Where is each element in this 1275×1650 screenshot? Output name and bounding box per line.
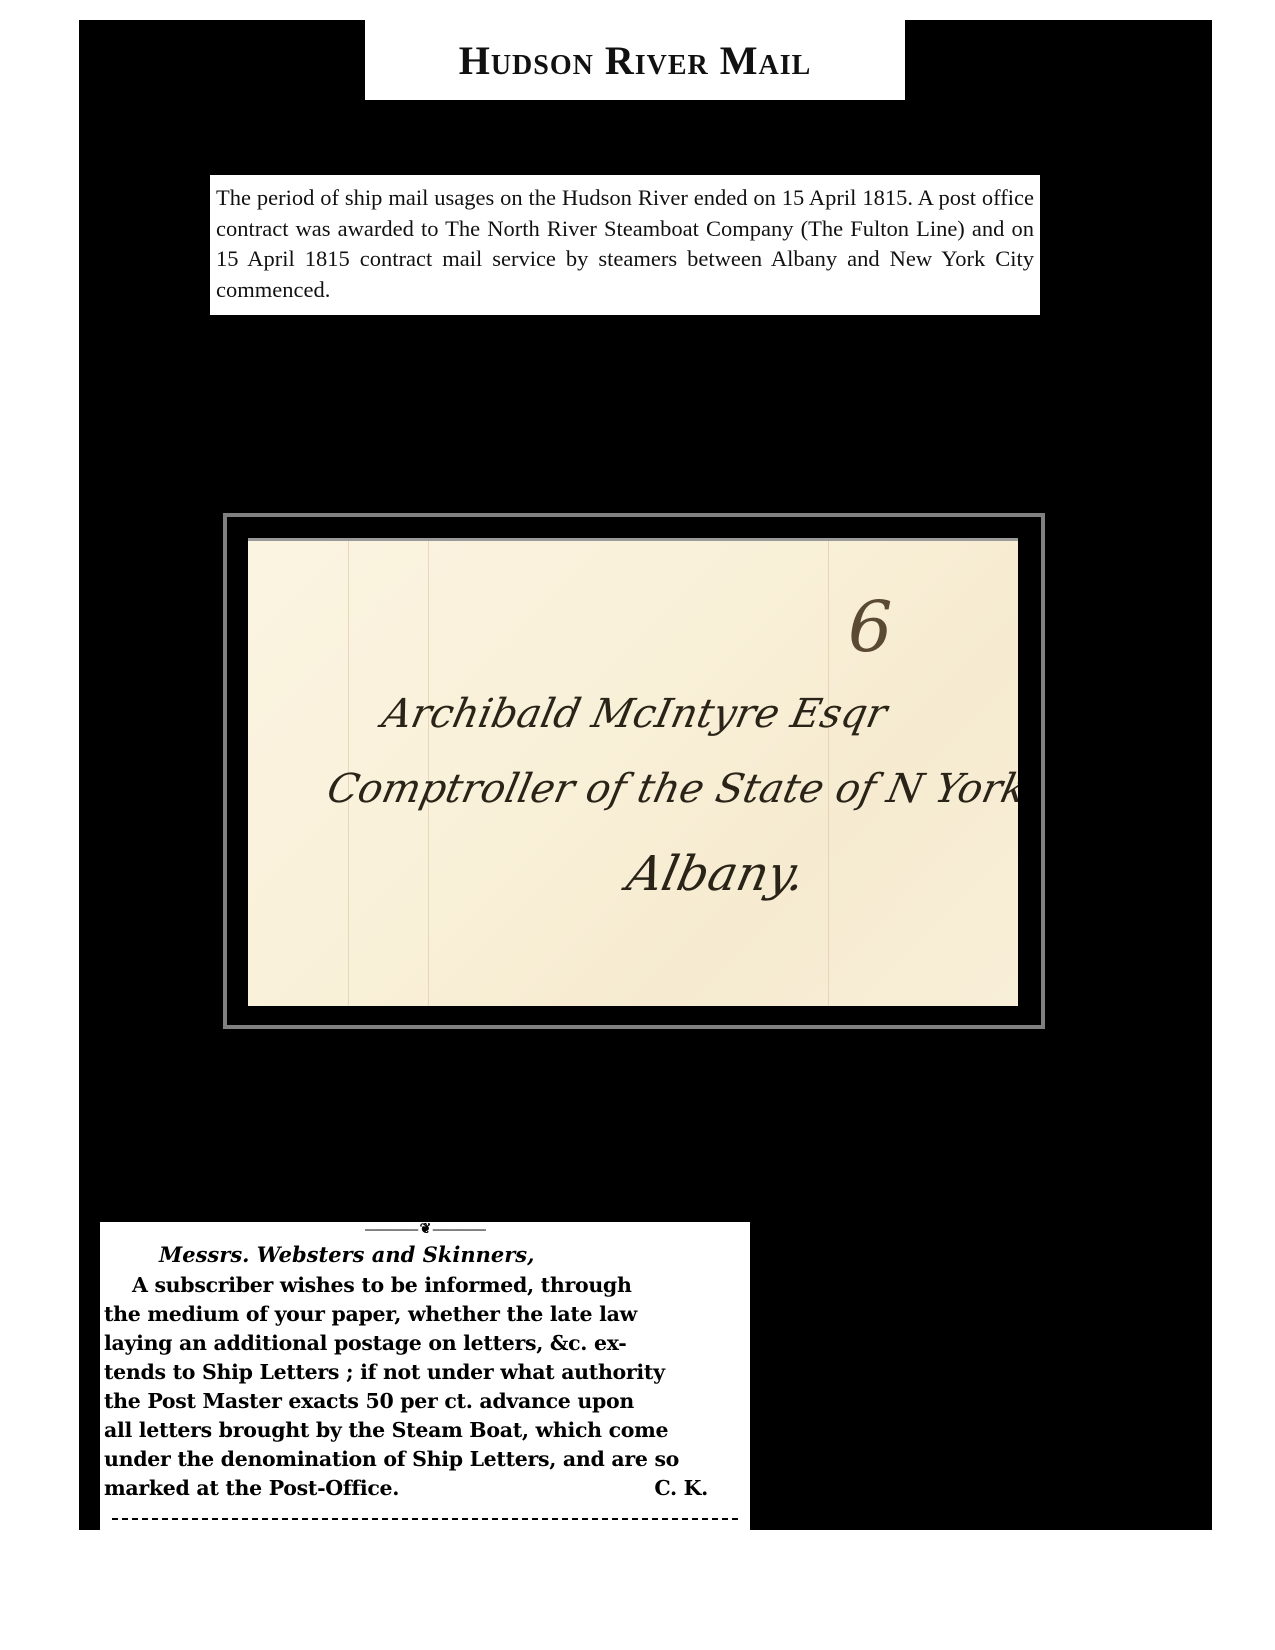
clipping-line: the Post Master exacts 50 per ct. advanc…: [104, 1387, 746, 1416]
clipping-signature: C. K.: [654, 1474, 708, 1503]
bottom-rule: [112, 1518, 738, 1520]
clipping-salutation: Messrs. Websters and Skinners,: [159, 1242, 746, 1267]
clipping-line: the medium of your paper, whether the la…: [104, 1300, 746, 1329]
address-line-city: Albany.: [622, 846, 810, 902]
clipping-line: under the denomination of Ship Letters, …: [104, 1445, 746, 1474]
rate-marking: 6: [848, 586, 893, 668]
clipping-line: tends to Ship Letters ; if not under wha…: [104, 1358, 746, 1387]
page-title: Hudson River Mail: [459, 37, 812, 84]
clipping-line: laying an additional postage on letters,…: [104, 1329, 746, 1358]
stampless-cover-image: 6 Archibald McIntyre Esqr Comptroller of…: [248, 538, 1018, 1006]
intro-paragraph: The period of ship mail usages on the Hu…: [216, 183, 1034, 305]
clipping-line: marked at the Post-Office.: [104, 1476, 399, 1500]
address-line-title: Comptroller of the State of N York: [323, 766, 1018, 812]
newspaper-clipping: ———— ❦ ———— Messrs. Websters and Skinner…: [100, 1222, 750, 1530]
title-banner: Hudson River Mail: [365, 20, 905, 100]
ornament-divider: ———— ❦ ————: [104, 1222, 746, 1238]
intro-text-box: The period of ship mail usages on the Hu…: [210, 175, 1040, 315]
clipping-line: A subscriber wishes to be informed, thro…: [104, 1271, 746, 1300]
clipping-line: all letters brought by the Steam Boat, w…: [104, 1416, 746, 1445]
address-line-addressee: Archibald McIntyre Esqr: [378, 691, 891, 737]
clipping-last-line: marked at the Post-Office. C. K.: [104, 1474, 746, 1503]
clipping-body: A subscriber wishes to be informed, thro…: [104, 1271, 746, 1503]
